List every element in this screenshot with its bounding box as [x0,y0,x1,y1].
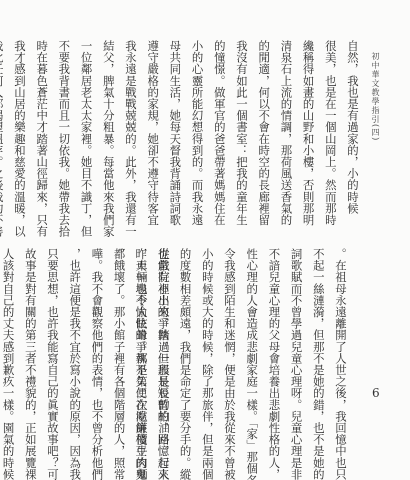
upper-text-block: 自然，我也是有過家的，小的時候 很美，也是在一個山岡上。然而那時 纔稱得如畫的山… [14,40,364,245]
text-column: 很美，也是在一個山岡上。然而那時 [320,40,342,245]
text-column: 詞歌賦而不曾學過兒童心理呀。兒童心理是非常重要的， [285,248,307,478]
text-column: 小的心靈所能幻想得到的。而我永遠 [186,40,208,245]
text-column: 從戲院裡出來，踏過一段長長的柏油路，行人很擁擠 [153,248,175,478]
text-column: 。在祖母永遠離開了人世之後，我回憶中也只存感謝，激 [330,248,352,478]
page-number: 6 [372,386,380,400]
text-column: 嘩。我不會觀察他們的表情，也不曾分析他們心靈的隱秘 [86,248,108,478]
text-column: ，也許這便是我不宜於寫小說的原因，因為我不長於觀察 [64,248,86,478]
text-column: 結父，脾氣十分粗暴。每當他來我們家 [98,40,120,245]
lower-left-text-block: 從戲院裡出來，踏過一段長長的柏油路，行人很擁擠 ，車輛也令人眩暈。那是第二次吃廉… [5,248,175,478]
text-column: 我沒有如此一個書室：把我的童年生 [231,40,253,245]
text-column: 時在暮色蒼茫中才踏著山徑歸來，只有 [31,40,53,245]
text-column: 故事是對有關的第三者不禮貌的，正如展覽裸體照片的女 [20,248,42,478]
running-head: 初中華文教學指引(四) [370,52,381,141]
text-column: 人該對自己的丈夫感到歉疚一樣。園氣的時候度過一個昂 [0,248,20,478]
text-column: ，車輛也令人眩暈。那是第二次吃廉價牛肉麵，因為我們 [131,248,153,478]
text-column: 我比任何人都渴望溫存。之後我的不善 [0,40,9,245]
text-column: 我永遠是戰戰兢兢的。此外，我還有一 [120,40,142,245]
text-column: 不要我背書而且一切依我。她帶我去拾 [53,40,75,245]
lower-right-text-block: 。在祖母永遠離開了人世之後，我回憶中也只存感謝，激 不起一絲漣漪，但那不是她的錯… [182,248,352,478]
text-column: 清泉石上流的情調，那荷風送香氣的 [275,40,297,245]
text-column: 母共同生活，她每天督我背誦詩詞歌 [164,40,186,245]
text-column: 不諳兒童心理的父母會培養出悲劇性格的人，正如不懂女 [263,248,285,478]
text-column: 不起一絲漣漪，但那不是她的錯，也不是她的，她只懂詩 [308,248,330,478]
text-column: 的閒適，何以不會在時空的長廊裡留 [253,40,275,245]
text-column: 的度數相差頗遠，我們是命定了要分手的。縱然我們之間 [174,248,196,478]
text-column: 我才感到山居的樂趣和慈愛的溫暖，以 [9,40,31,245]
text-column: 小的時候或大的時候，除了那旅伴，但是兩個計步器指著 [197,248,219,478]
text-column: 一位鄰居老太太家裡。她目不識丁，但 [75,40,97,245]
text-column: 令我感到陌生和迷惘，便是由於我從來不曾被家人了解， [219,248,241,478]
text-column: 纔稱得如畫的山野和小樓，否則那明 [297,40,319,245]
text-column: 的憧憬。做軍官的爸爸帶著媽媽住在 [209,40,231,245]
text-column: 性心理的人會造成悲劇家庭一樣。「家」那個名詞之所以 [241,248,263,478]
text-column: 自然，我也是有過家的，小的時候 [342,40,364,245]
text-column: 只要思想，也許我能寫自己的眞實故事吧？可是寫自己的 [42,248,64,478]
text-column: 都餓壞了。那小館子裡有各個階層的人，照常的擁擠和喧 [108,248,130,478]
text-column: 遵守嚴格的家規，她卻不遵守待客宜 [142,40,164,245]
